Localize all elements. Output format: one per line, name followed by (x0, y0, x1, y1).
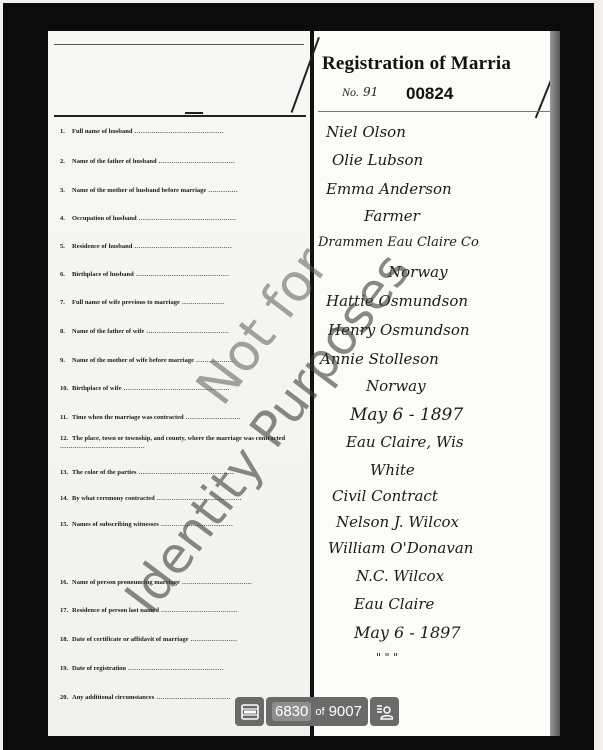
field-label-15: 15.Names of subscribing witnesses ......… (60, 521, 304, 528)
answer-certificate-date: May 6 - 1897 (354, 623, 461, 642)
field-label-14: 14.By what ceremony contracted .........… (60, 495, 304, 502)
certificate-number: 00824 (406, 84, 453, 104)
field-label-7: 7.Full name of wife previous to marriage… (60, 299, 304, 306)
answer-husband-birthplace: Norway (388, 263, 448, 281)
answer-husband-residence: Drammen Eau Claire Co (318, 235, 479, 250)
answer-witness-1: Nelson J. Wilcox (336, 513, 459, 531)
field-label-17: 17.Residence of person last named ......… (60, 607, 304, 614)
field-label-4: 4.Occupation of husband ................… (60, 215, 304, 222)
answer-witness-2: William O'Donavan (328, 539, 473, 557)
divider (318, 111, 550, 112)
form-labels-panel: 1.Full name of husband .................… (48, 31, 310, 736)
answer-husband-father: Olie Lubson (332, 151, 423, 169)
answer-husband-name: Niel Olson (326, 123, 406, 141)
image-counter: 6830 of 9007 (266, 697, 368, 726)
of-label: of (315, 706, 324, 718)
divider (54, 44, 304, 45)
answer-wife-father: Henry Osmundson (328, 321, 470, 339)
divider (185, 112, 203, 114)
register-number: No.91 (342, 85, 378, 100)
current-image-input[interactable]: 6830 (272, 702, 311, 721)
filmstrip-button[interactable] (235, 697, 264, 726)
field-label-10: 10.Birthplace of wife ..................… (60, 385, 304, 392)
field-label-16: 16.Name of person pronouncing marriage .… (60, 579, 304, 586)
answer-husband-occupation: Farmer (364, 207, 420, 225)
image-viewer[interactable]: 1.Full name of husband .................… (3, 3, 594, 750)
field-label-12: 12.The place, town or township, and coun… (60, 435, 304, 451)
index-button[interactable] (370, 697, 399, 726)
document-title: Registration of Marria (322, 53, 511, 75)
field-label-6: 6.Birthplace of husband ................… (60, 271, 304, 278)
form-header-stub (54, 37, 306, 117)
field-label-13: 13.The color of the parties ............… (60, 469, 304, 476)
field-label-5: 5.Residence of husband .................… (60, 243, 304, 250)
right-margin (594, 0, 603, 750)
field-label-3: 3.Name of the mother of husband before m… (60, 187, 304, 194)
field-label-2: 2.Name of the father of husband ........… (60, 158, 304, 165)
answer-husband-mother: Emma Anderson (326, 180, 452, 198)
person-index-icon (375, 703, 393, 721)
answer-officiant: N.C. Wilcox (356, 567, 444, 585)
field-label-18: 18.Date of certificate or affidavit of m… (60, 636, 304, 643)
answer-registration-date: " " " (376, 651, 398, 664)
total-images: 9007 (329, 703, 362, 720)
answer-color: White (370, 461, 415, 479)
answer-marriage-place: Eau Claire, Wis (346, 433, 464, 451)
field-label-19: 19.Date of registration ................… (60, 665, 304, 672)
page-edge (550, 31, 560, 736)
answer-wife-mother: Annie Stolleson (320, 350, 439, 368)
answer-officiant-residence: Eau Claire (354, 595, 434, 613)
field-label-8: 8.Name of the father of wife ...........… (60, 328, 304, 335)
field-label-11: 11.Time when the marriage was contracted… (60, 414, 304, 421)
answer-wife-birthplace: Norway (366, 377, 426, 395)
filmstrip-icon (241, 704, 259, 720)
form-answers-panel: Registration of Marria No.91 00824 Niel … (314, 31, 560, 736)
marriage-record-image: 1.Full name of husband .................… (48, 31, 560, 736)
answer-ceremony: Civil Contract (332, 487, 438, 505)
answer-wife-name: Hattie Osmundson (326, 292, 468, 310)
image-navigator: 6830 of 9007 (235, 697, 399, 726)
answer-marriage-date: May 6 - 1897 (350, 405, 463, 425)
field-label-9: 9.Name of the mother of wife before marr… (60, 357, 304, 364)
field-label-1: 1.Full name of husband .................… (60, 128, 304, 135)
